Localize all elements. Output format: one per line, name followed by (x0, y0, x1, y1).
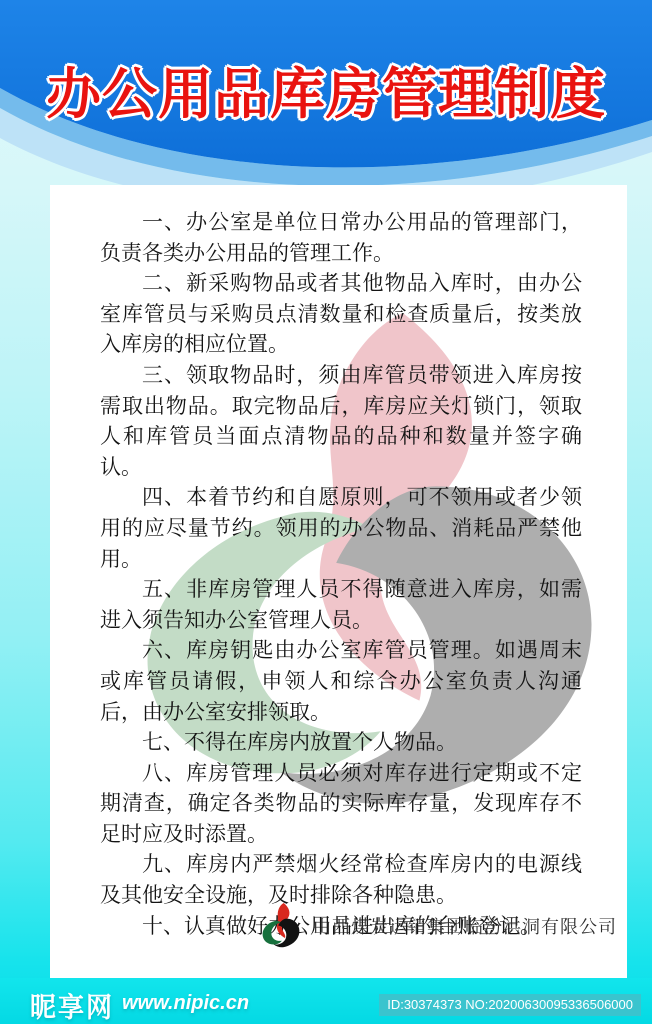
image-id-badge: ID:30374373 NO:20200630095336506000 (379, 994, 641, 1016)
rule-item-2: 二、新采购物品或者其他物品入库时，由办公室库管员与采购员点清数量和检查质量后，按… (100, 269, 582, 361)
site-logo-text: 昵享网 (30, 986, 114, 1024)
company-logo-icon (258, 903, 304, 949)
poster-background: { "poster": { "title": "办公用品库房管理制度", "ru… (0, 0, 652, 1024)
rule-item-7: 七、不得在库房内放置个人物品。 (100, 728, 582, 759)
rule-item-8: 八、库房管理人员必须对库存进行定期或不定期清查，确定各类物品的实际库存量，发现库… (100, 759, 582, 851)
rule-item-5: 五、非库房管理人员不得随意进入库房，如需进入须告知办公室管理人员。 (100, 575, 582, 636)
company-name: 山西煤炭运销集团临汾洪洞有限公司 (313, 913, 617, 939)
content-panel: 一、办公室是单位日常办公用品的管理部门，负责各类办公用品的管理工作。 二、新采购… (50, 185, 627, 978)
page-title: 办公用品库房管理制度 (0, 64, 652, 125)
rule-item-6: 六、库房钥匙由办公室库管员管理。如遇周末或库管员请假，申领人和综合办公室负责人沟… (100, 636, 582, 728)
rule-item-3: 三、领取物品时，须由库管员带领进入库房按需取出物品。取完物品后，库房应关灯锁门，… (100, 361, 582, 483)
watermark-bar: 昵享网 www.nipic.cn ID:30374373 NO:20200630… (0, 978, 652, 1024)
rule-item-4: 四、本着节约和自愿原则，可不领用或者少领用的应尽量节约。领用的办公物品、消耗品严… (100, 483, 582, 575)
site-url: www.nipic.cn (122, 992, 249, 1015)
rule-item-1: 一、办公室是单位日常办公用品的管理部门，负责各类办公用品的管理工作。 (100, 208, 582, 269)
rules-list: 一、办公室是单位日常办公用品的管理部门，负责各类办公用品的管理工作。 二、新采购… (50, 185, 627, 942)
company-signature: 山西煤炭运销集团临汾洪洞有限公司 (258, 903, 617, 949)
